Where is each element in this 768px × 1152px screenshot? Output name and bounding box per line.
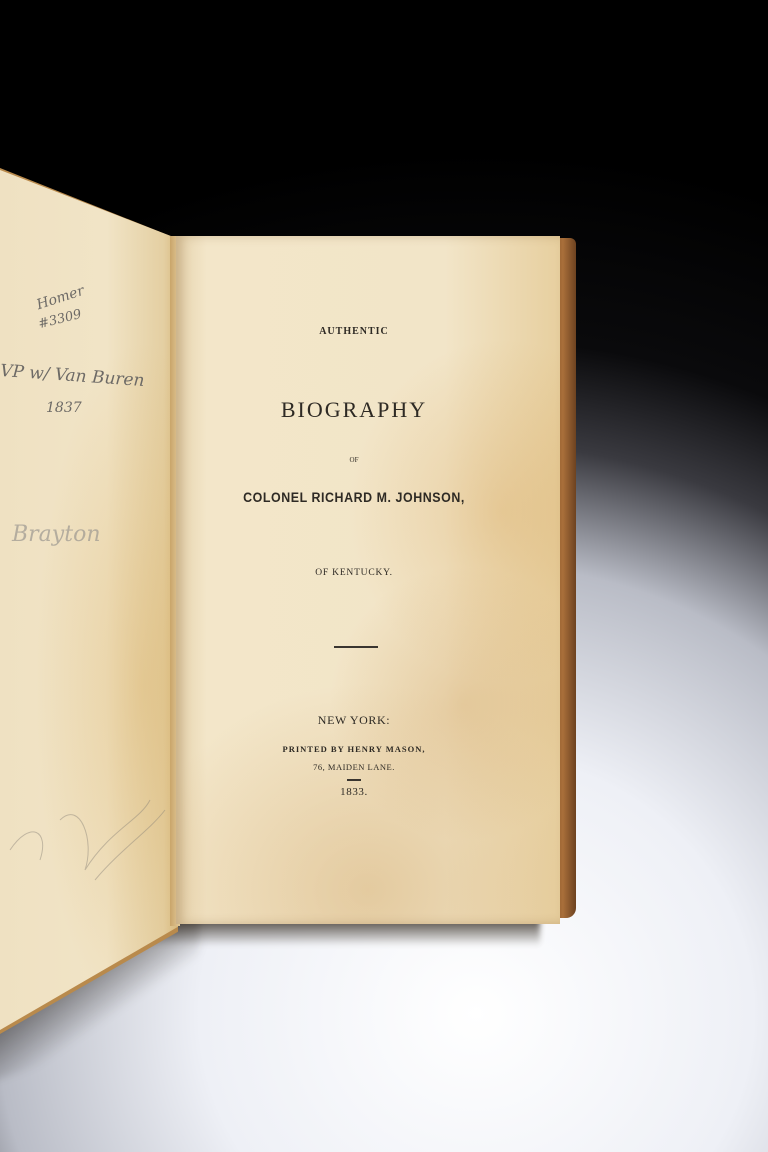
title-page-of: OF — [176, 456, 532, 464]
inscription-year: 1837 — [46, 400, 82, 416]
left-page — [0, 170, 178, 1030]
title-page-printer: PRINTED BY HENRY MASON, — [176, 744, 532, 754]
title-page-address: 76, MAIDEN LANE. — [176, 762, 532, 772]
title-page-rule — [334, 646, 378, 648]
title-page-subject: COLONEL RICHARD M. JOHNSON, — [190, 490, 518, 505]
title-page-origin: OF KENTUCKY. — [176, 568, 532, 578]
faded-pencil-scribble — [0, 760, 180, 900]
title-page-authentic: AUTHENTIC — [176, 326, 532, 337]
book-photo: Homer #3309 VP w/ Van Buren 1837 Brayton… — [0, 0, 768, 1152]
title-page — [176, 236, 560, 924]
title-page-year: 1833. — [176, 786, 532, 798]
title-page-title: BIOGRAPHY — [176, 397, 532, 423]
title-page-short-rule — [347, 779, 361, 781]
inscription-faded-name: Brayton — [12, 522, 100, 547]
title-page-place: NEW YORK: — [176, 713, 532, 728]
